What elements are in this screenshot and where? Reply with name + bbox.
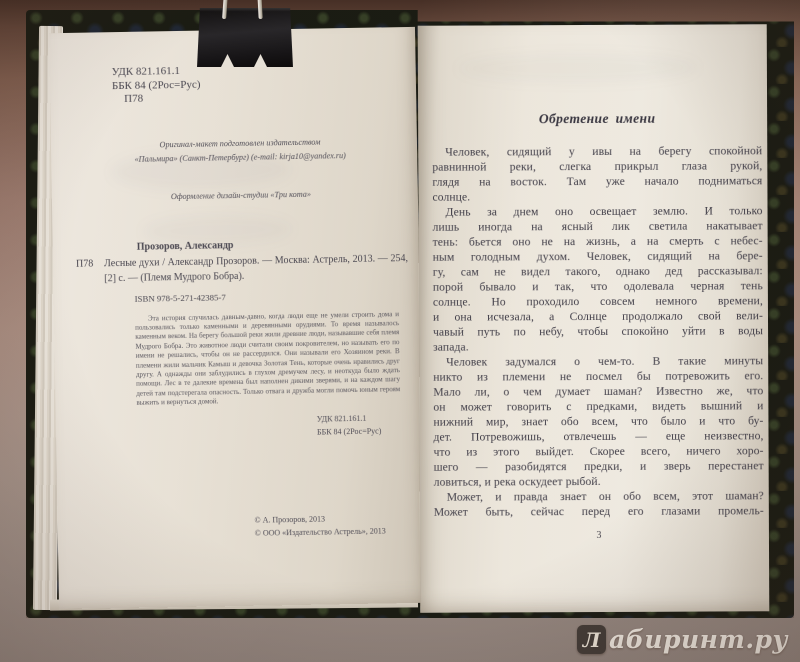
text-line: гу, сам не видел такого, однако дед расс… [433,263,763,279]
text-line: никто из племени не посмел бы потревожит… [433,368,763,384]
text-line: шего — разобидятся предки, и зверь перес… [434,458,764,474]
text-line: нижний мир, знает обо всем, что было и ч… [433,413,763,429]
text-line: солнце. Но проходило совсем немного врем… [433,293,763,309]
catalog-entry: П78Лесные духи / Александр Прозоров. — М… [76,251,408,287]
right-page: Обретение имени Человек, сидящий у ивы н… [418,24,770,613]
text-line: ным голодным духом. Человек, сидящий на … [433,248,763,264]
paragraph: Может, и правда знает он обо всем, этот … [434,488,764,519]
text-line: Может, и правда знает он обо всем, этот … [434,488,764,504]
chapter-page-content: Обретение имени Человек, сидящий у ивы н… [432,24,765,612]
paragraph: Человек, сидящий у ивы на берегу спокойн… [432,143,762,204]
body-paragraphs: Человек, сидящий у ивы на берегу спокойн… [432,143,764,519]
imprint-note: Оригинал-макет подготовлен издательством… [74,134,406,168]
paragraph: День за днем оно освещает землю. И тольк… [433,203,764,354]
book-photo: УДК 821.161.1 ББК 84 (2Рос=Рус) П78 Ориг… [0,0,800,662]
left-page: УДК 821.161.1 ББК 84 (2Рос=Рус) П78 Ориг… [49,27,425,609]
text-line: Человек, сидящий у ивы на берегу спокойн… [432,143,762,159]
copyright-publisher: © ООО «Издательство Астрель», 2013 [255,524,413,540]
catalog-text: Лесные духи / Александр Прозоров. — Моск… [104,253,408,284]
copyright-block: © А. Прозоров, 2013 © ООО «Издательство … [254,511,412,540]
labirint-watermark: Л абиринт.ру [577,625,788,654]
text-line: дет. Потревожишь, отвлечешь — еще неизве… [433,428,763,444]
binder-clip [197,8,293,67]
text-line: запада. [433,338,763,354]
text-line: солнце. [432,188,762,204]
text-line: Мало ли, о чем думает шаман? Известно же… [433,383,763,399]
bbk-footer: ББК 84 (2Рос=Рус) [317,424,411,439]
copyright-page-content: УДК 821.161.1 ББК 84 (2Рос=Рус) П78 Ориг… [72,27,414,609]
paragraph: Человек задумался о чем-то. В такие мину… [433,353,764,489]
text-line: равнинной реки, слегка прикрыл глаза рук… [432,158,762,174]
udk-block: УДК 821.161.1 ББК 84 (2Рос=Рус) П78 [112,61,406,107]
text-line: ловиться, и река оскудеет рыбой. [434,473,764,489]
chapter-title: Обретение имени [432,110,762,127]
text-line: что из этого выйдет. Скорее всего, ничег… [434,443,764,459]
clip-wire-right [257,0,262,19]
catalog-code: П78 [76,256,98,271]
watermark-logo-box: Л [577,625,606,654]
page-number: 3 [434,529,764,541]
text-line: лишь иногда на ясный лик светила накатыв… [433,218,763,234]
text-line: Человек задумался о чем-то. В такие мину… [433,353,763,369]
text-line: чавый путь по небу, чтобы спокойно уйти … [433,323,763,339]
text-line: День за днем оно освещает землю. И тольк… [433,203,763,219]
author-heading: Прозоров, Александр [137,237,408,253]
text-line: он может говорить с предками, видеть выш… [433,398,763,414]
udk-footer-block: УДК 821.161.1 ББК 84 (2Рос=Рус) [317,411,411,439]
annotation: Эта история случилась давным-давно, когд… [135,310,401,409]
isbn: ISBN 978-5-271-42385-7 [135,289,409,304]
design-note: Оформление дизайн-студии «Три кота» [75,188,407,203]
text-line: Может быть, сейчас перед его глазами про… [434,503,764,519]
text-line: глядя на восток. Там уже начало поднимат… [432,173,762,189]
text-line: тень: бьется оно не на жизнь, а на смерт… [433,233,763,249]
watermark-text: абиринт.ру [609,625,788,654]
text-line: порой бывало и так, что одолевала черная… [433,278,763,294]
text-line: и она исчезала, а Солнце продолжало свой… [433,308,763,324]
